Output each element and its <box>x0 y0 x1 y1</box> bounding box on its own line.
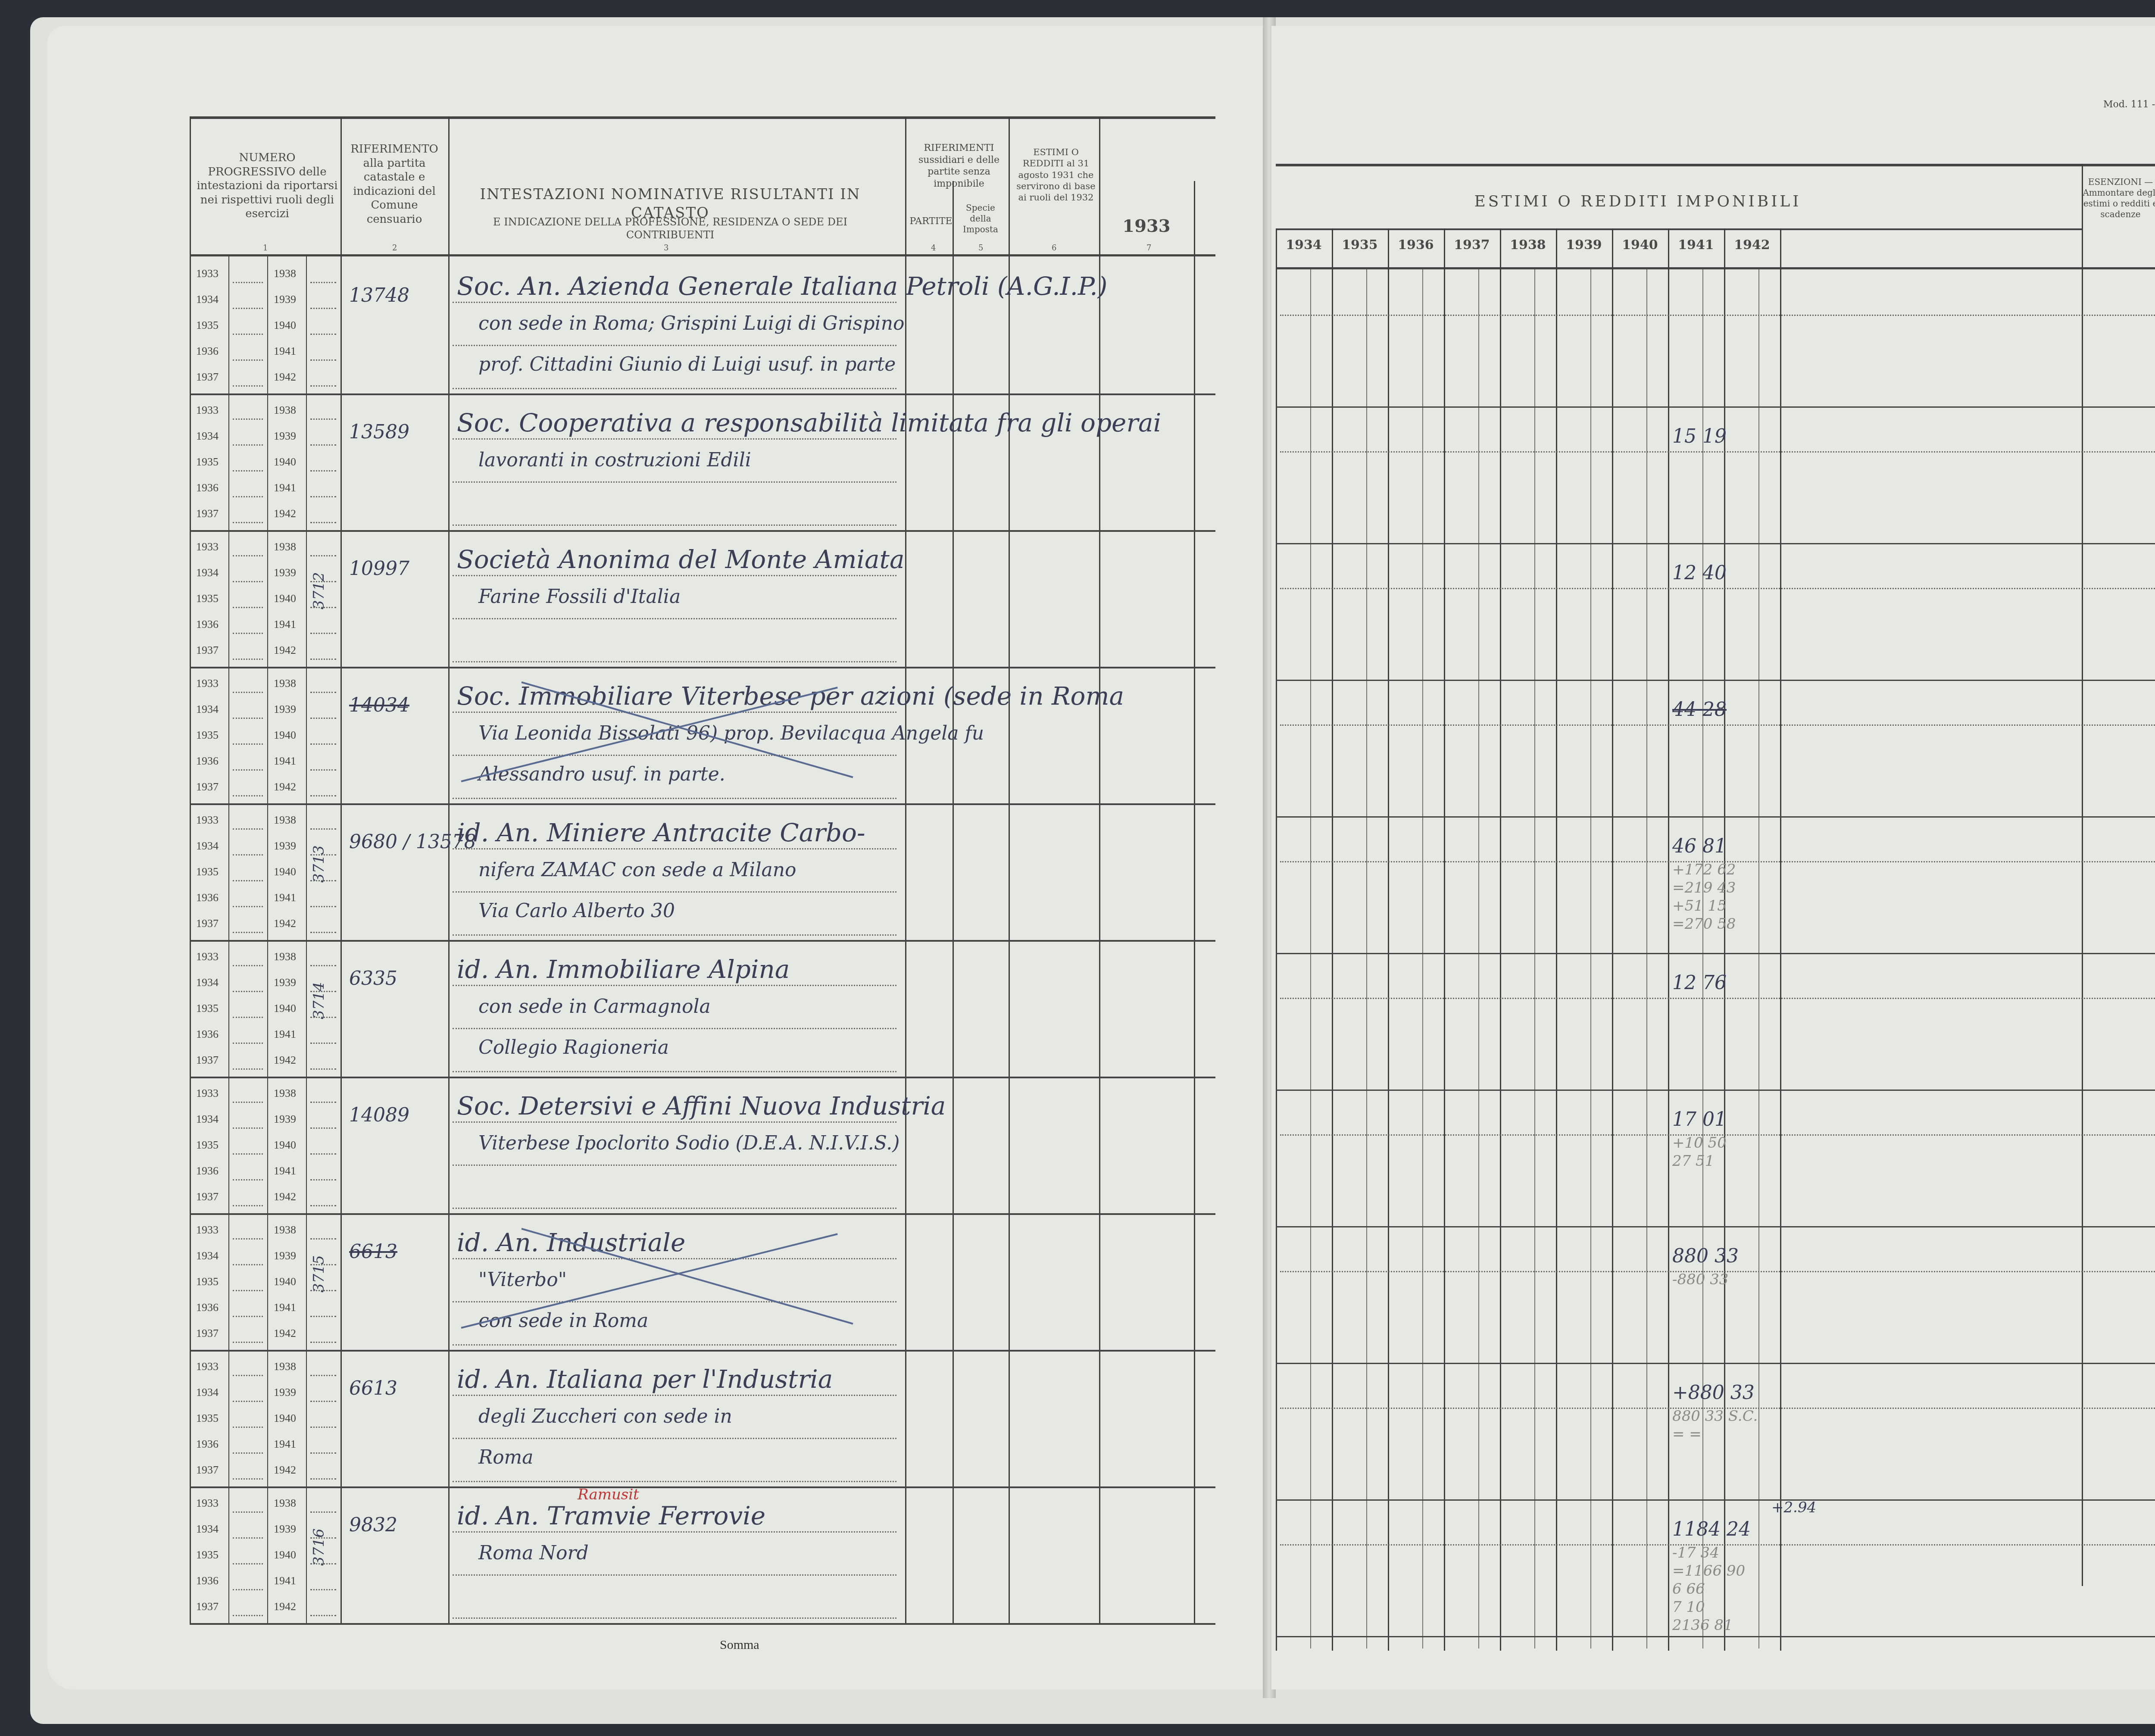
dotted-rule <box>310 1179 336 1180</box>
year-cell: 1937 <box>196 781 219 793</box>
row-separator <box>1276 1226 2155 1227</box>
dotted-rule <box>233 1589 263 1590</box>
dotted-rule <box>233 880 263 881</box>
col-subdivider <box>1422 269 1423 1649</box>
dotted-rule <box>310 1043 336 1044</box>
dotted-rule <box>233 1179 263 1180</box>
dotted-rule <box>453 985 896 986</box>
dotted-rule <box>233 1127 263 1129</box>
dotted-rule <box>453 302 896 303</box>
year-cell: 1936 <box>196 891 219 904</box>
year-cell: 1940 <box>274 1002 296 1015</box>
entry-line: Soc. An. Azienda Generale Italiana Petro… <box>457 272 1107 301</box>
dotted-rule <box>1280 588 2155 589</box>
dotted-rule <box>233 1511 263 1513</box>
header-riferimenti: RIFERIMENTI sussidiari e delle partite s… <box>909 142 1009 190</box>
col-divider <box>340 116 342 1625</box>
dotted-rule <box>310 692 336 693</box>
value-1941: 1184 24 <box>1672 1518 1751 1540</box>
col-divider <box>1388 228 1389 1651</box>
col-subdivider <box>1366 269 1367 1649</box>
year-cell: 1936 <box>196 1165 219 1177</box>
year-cell: 1934 <box>196 293 219 306</box>
year-cell: 1934 <box>196 1249 219 1262</box>
year-cell: 1935 <box>196 456 219 468</box>
dotted-rule <box>453 1344 896 1346</box>
dotted-rule <box>233 1205 263 1206</box>
pencil-calc: 880 33 S.C. <box>1672 1408 1758 1425</box>
year-cell: 1936 <box>196 481 219 494</box>
dotted-rule <box>310 1615 336 1616</box>
partita-number: 14089 <box>349 1104 409 1126</box>
year-cell: 1937 <box>196 644 219 657</box>
pencil-calc: =270 58 <box>1672 915 1736 933</box>
dotted-rule <box>233 692 263 693</box>
partita-number: 6335 <box>349 968 397 990</box>
dotted-rule <box>233 1043 263 1044</box>
dotted-rule <box>1280 998 2155 999</box>
dotted-rule <box>233 1427 263 1428</box>
year-cell: 1938 <box>274 267 296 280</box>
year-cell: 1942 <box>274 1464 296 1477</box>
pencil-calc: +51 15 <box>1672 897 1727 915</box>
year-cell: 1941 <box>274 618 296 631</box>
dotted-rule <box>453 1395 896 1396</box>
pencil-calc: 27 51 <box>1672 1152 1714 1170</box>
year-header-1942: 1942 <box>1724 237 1780 253</box>
col-divider <box>1009 116 1010 1625</box>
value-1941: 17 01 <box>1672 1108 1727 1130</box>
pencil-calc: 2136 81 <box>1672 1617 1733 1634</box>
dotted-rule <box>1280 315 2155 316</box>
year-cell: 1937 <box>196 1054 219 1067</box>
year-cell: 1942 <box>274 1054 296 1067</box>
year-cell: 1941 <box>274 1574 296 1587</box>
value-1941: 12 76 <box>1672 972 1727 994</box>
dotted-rule <box>310 718 336 719</box>
year-cell: 1933 <box>196 1497 219 1510</box>
header-intestazioni-sub: E INDICAZIONE DELLA PROFESSIONE, RESIDEN… <box>453 215 888 241</box>
year-cell: 1940 <box>274 1549 296 1561</box>
year-cell: 1937 <box>196 1327 219 1340</box>
row-separator <box>190 1486 1215 1488</box>
year-cell: 1935 <box>196 1275 219 1288</box>
entry-line: id. An. Italiana per l'Industria <box>457 1364 833 1394</box>
dotted-rule <box>310 1342 336 1343</box>
dotted-rule <box>310 633 336 634</box>
right-page: Mod. 111 - Imposte Dirette (Intercalare)… <box>1271 26 2155 1689</box>
year-cell: 1942 <box>274 507 296 520</box>
dotted-rule <box>310 1511 336 1513</box>
dotted-rule <box>453 345 896 346</box>
year-cell: 1934 <box>196 1113 219 1126</box>
year-cell: 1938 <box>274 1224 296 1236</box>
dotted-rule <box>310 1127 336 1129</box>
row-separator <box>1276 1363 2155 1364</box>
dotted-rule <box>453 1301 896 1302</box>
header-numero-progressivo: NUMERO PROGRESSIVO delle intestazioni da… <box>194 151 340 221</box>
value-1941: +880 33 <box>1672 1382 1755 1404</box>
col-divider <box>1500 228 1501 1651</box>
dotted-rule <box>310 659 336 660</box>
entry-line: id. An. Tramvie Ferrovie <box>457 1501 765 1530</box>
year-cell: 1935 <box>196 319 219 332</box>
dotted-rule <box>233 743 263 745</box>
dotted-rule <box>233 496 263 497</box>
col-divider <box>1332 228 1333 1651</box>
partita-number: 13748 <box>349 284 409 306</box>
dotted-rule <box>310 906 336 907</box>
dotted-rule <box>453 1574 896 1576</box>
col-divider <box>1668 228 1669 1651</box>
year-cell: 1936 <box>196 1438 219 1451</box>
year-cell: 1934 <box>196 703 219 716</box>
year-cell: 1935 <box>196 1549 219 1561</box>
dotted-rule <box>233 1017 263 1018</box>
year-cell: 1942 <box>274 917 296 930</box>
dotted-rule <box>453 575 896 576</box>
entry-line: prof. Cittadini Giunio di Luigi usuf. in… <box>478 353 896 375</box>
side-reference: 3713 <box>310 845 328 883</box>
pencil-calc: 6 66 <box>1672 1580 1705 1598</box>
year-cell: 1942 <box>274 1190 296 1203</box>
year-cell: 1938 <box>274 540 296 553</box>
year-cell: 1940 <box>274 592 296 605</box>
left-page: NUMERO PROGRESSIVO delle intestazioni da… <box>47 26 1263 1689</box>
year-cell: 1934 <box>196 1523 219 1536</box>
year-cell: 1941 <box>274 1028 296 1041</box>
entry-line: Roma Nord <box>478 1542 589 1564</box>
dotted-rule <box>233 1238 263 1240</box>
dotted-rule <box>233 1290 263 1291</box>
dotted-rule <box>453 1208 896 1209</box>
year-cell: 1936 <box>196 1028 219 1041</box>
year-cell: 1941 <box>274 1165 296 1177</box>
row-separator <box>1276 1499 2155 1501</box>
year-header-1934: 1934 <box>1276 237 1332 253</box>
year-cell: 1941 <box>274 755 296 768</box>
dotted-rule <box>233 991 263 992</box>
dotted-rule <box>233 1068 263 1070</box>
dotted-rule <box>453 481 896 483</box>
year-cell: 1935 <box>196 1412 219 1425</box>
dotted-rule <box>453 1617 896 1619</box>
year-cell: 1936 <box>196 1301 219 1314</box>
year-cell: 1937 <box>196 1600 219 1613</box>
header-top-rule <box>1276 164 2155 166</box>
pencil-calc: =219 43 <box>1672 879 1736 896</box>
dotted-rule <box>310 385 336 387</box>
year-cell: 1933 <box>196 1360 219 1373</box>
pencil-calc: -17 34 <box>1672 1544 1719 1561</box>
year-cell: 1933 <box>196 540 219 553</box>
value-1941: 46 81 <box>1672 835 1727 857</box>
form-label: Mod. 111 - Imposte Dirette (Intercalare) <box>2103 99 2155 110</box>
dotted-rule <box>233 769 263 771</box>
year-cell: 1936 <box>196 755 219 768</box>
header-mid-rule <box>1276 228 2082 230</box>
year-cell: 1941 <box>274 345 296 358</box>
year-cell: 1939 <box>274 1113 296 1126</box>
year-header-1936: 1936 <box>1388 237 1444 253</box>
year-cell: 1938 <box>274 814 296 827</box>
year-header-1941: 1941 <box>1668 237 1724 253</box>
dotted-rule <box>453 618 896 619</box>
value-1941: 12 40 <box>1672 562 1727 584</box>
dotted-rule <box>1280 724 2155 726</box>
year-cell: 1934 <box>196 976 219 989</box>
year-cell: 1941 <box>274 481 296 494</box>
row-separator <box>1276 1090 2155 1091</box>
year-cell: 1933 <box>196 1224 219 1236</box>
entry-line: Via Leonida Bissolati 96) prop. Bevilacq… <box>478 722 984 744</box>
dotted-rule <box>233 1102 263 1103</box>
dotted-rule <box>453 934 896 936</box>
dotted-rule <box>233 1401 263 1402</box>
dotted-rule <box>310 282 336 283</box>
dotted-rule <box>233 1563 263 1564</box>
dotted-rule <box>453 798 896 799</box>
dotted-rule <box>233 1264 263 1265</box>
year-cell: 1940 <box>274 1275 296 1288</box>
year-cell: 1939 <box>274 293 296 306</box>
col-number-4: 4 <box>931 244 936 253</box>
col-number-7: 7 <box>1146 244 1151 253</box>
dotted-rule <box>233 1153 263 1155</box>
dotted-rule <box>453 438 896 440</box>
dotted-rule <box>453 891 896 893</box>
row-separator <box>190 1623 1215 1625</box>
pencil-calc: +10 50 <box>1672 1134 1727 1152</box>
entry-line: con sede in Roma <box>478 1310 648 1332</box>
year-header-1940: 1940 <box>1612 237 1668 253</box>
year-cell: 1939 <box>274 1523 296 1536</box>
dotted-rule <box>310 1316 336 1317</box>
header-top-rule <box>190 116 1215 119</box>
header-specie: Specie della Imposta <box>957 203 1004 235</box>
year-cell: 1939 <box>274 1386 296 1399</box>
dotted-rule <box>233 1375 263 1376</box>
dotted-rule <box>233 418 263 420</box>
partita-number: 10997 <box>349 558 409 580</box>
dotted-rule <box>233 444 263 446</box>
dotted-rule <box>233 308 263 309</box>
dotted-rule <box>310 795 336 796</box>
year-cell: 1941 <box>274 891 296 904</box>
side-reference: 3714 <box>310 982 328 1019</box>
dotted-rule <box>310 308 336 309</box>
header-estimi-1931: ESTIMI O REDDITI al 31 agosto 1931 che s… <box>1013 147 1099 203</box>
year-cell: 1933 <box>196 950 219 963</box>
year-cell: 1937 <box>196 917 219 930</box>
dotted-rule <box>233 965 263 966</box>
col-divider <box>1556 228 1557 1651</box>
year-cell: 1939 <box>274 430 296 443</box>
year-cell: 1935 <box>196 729 219 742</box>
year-cell: 1939 <box>274 840 296 852</box>
header-esenzioni: ESENZIONI — Ammontare degli estimi o red… <box>2082 177 2155 220</box>
year-cell: 1936 <box>196 345 219 358</box>
header-year-1933: 1933 <box>1103 215 1190 237</box>
year-cell: 1937 <box>196 1190 219 1203</box>
entry-line: con sede in Roma; Grispini Luigi di Gris… <box>478 312 905 334</box>
year-cell: 1941 <box>274 1301 296 1314</box>
col-subdivider <box>1702 269 1703 1649</box>
dotted-rule <box>310 1401 336 1402</box>
year-cell: 1942 <box>274 1327 296 1340</box>
dotted-rule <box>233 470 263 471</box>
dotted-rule <box>310 932 336 933</box>
year-cell: 1935 <box>196 1002 219 1015</box>
dotted-rule <box>310 555 336 556</box>
year-cell: 1938 <box>274 404 296 417</box>
pencil-calc: 7 10 <box>1672 1599 1705 1616</box>
col-number-6: 6 <box>1052 244 1056 253</box>
dotted-rule <box>310 1452 336 1454</box>
year-cell: 1938 <box>274 1497 296 1510</box>
year-cell: 1939 <box>274 1249 296 1262</box>
dotted-rule <box>453 1481 896 1482</box>
year-cell: 1934 <box>196 566 219 579</box>
col-number-1: 1 <box>263 244 268 253</box>
pencil-calc: -880 33 <box>1672 1271 1728 1288</box>
entry-line: Viterbese Ipoclorito Sodio (D.E.A. N.I.V… <box>478 1132 899 1154</box>
row-separator <box>1276 953 2155 954</box>
dotted-rule <box>310 769 336 771</box>
col-subdivider <box>1590 269 1591 1649</box>
dotted-rule <box>453 1258 896 1259</box>
dotted-rule <box>233 633 263 634</box>
year-cell: 1942 <box>274 1600 296 1613</box>
year-cell: 1940 <box>274 319 296 332</box>
entry-line: "Viterbo" <box>478 1269 567 1291</box>
side-adjustment: +2.94 <box>1771 1499 1816 1516</box>
dotted-rule <box>453 388 896 389</box>
year-cell: 1939 <box>274 566 296 579</box>
col-number-5: 5 <box>978 244 983 253</box>
header-bottom-rule <box>190 254 1215 256</box>
dotted-rule <box>233 718 263 719</box>
col-divider <box>1444 228 1445 1651</box>
col-subdivider <box>1758 269 1759 1649</box>
year-header-1939: 1939 <box>1556 237 1612 253</box>
year-cell: 1934 <box>196 1386 219 1399</box>
year-cell: 1941 <box>274 1438 296 1451</box>
dotted-rule <box>310 470 336 471</box>
partita-number: 6613 <box>349 1241 397 1263</box>
col-border <box>190 116 191 1625</box>
year-cell: 1942 <box>274 644 296 657</box>
dotted-rule <box>310 444 336 446</box>
dotted-rule <box>233 659 263 660</box>
dotted-rule <box>310 1478 336 1480</box>
entry-line: Soc. Cooperativa a responsabilità limita… <box>457 408 1161 437</box>
dotted-rule <box>453 712 896 713</box>
dotted-rule <box>453 1028 896 1029</box>
year-cell: 1933 <box>196 814 219 827</box>
dotted-rule <box>453 755 896 756</box>
side-reference: 3712 <box>310 572 328 609</box>
dotted-rule <box>233 359 263 361</box>
dotted-rule <box>233 282 263 283</box>
year-cell: 1935 <box>196 1139 219 1152</box>
value-1941: 15 19 <box>1672 425 1727 447</box>
value-1941: 44 28 <box>1672 699 1727 721</box>
col-divider <box>1780 228 1781 1651</box>
row-separator <box>190 393 1215 395</box>
year-cell: 1934 <box>196 430 219 443</box>
dotted-rule <box>233 906 263 907</box>
entry-line: Soc. Detersivi e Affini Nuova Industria <box>457 1091 946 1121</box>
value-1941: 880 33 <box>1672 1245 1739 1267</box>
year-cell: 1936 <box>196 1574 219 1587</box>
entry-line: Via Carlo Alberto 30 <box>478 900 675 922</box>
dotted-rule <box>310 496 336 497</box>
col-divider <box>905 116 906 1625</box>
row-separator <box>190 803 1215 805</box>
entry-line: id. An. Miniere Antracite Carbo- <box>457 818 865 847</box>
dotted-rule <box>233 1615 263 1616</box>
dotted-rule <box>310 359 336 361</box>
dotted-rule <box>233 607 263 608</box>
header-bottom-rule <box>1276 267 2155 269</box>
dotted-rule <box>453 848 896 849</box>
side-reference: 3716 <box>310 1528 328 1566</box>
entry-line: Società Anonima del Monte Amiata <box>457 545 904 574</box>
dotted-rule <box>310 1375 336 1376</box>
dotted-rule <box>233 385 263 387</box>
dotted-rule <box>233 1342 263 1343</box>
dotted-rule <box>310 743 336 745</box>
col-divider <box>953 181 954 1625</box>
col-subdivider <box>1478 269 1479 1649</box>
year-cell: 1935 <box>196 865 219 878</box>
col-divider <box>2082 164 2083 1586</box>
year-cell: 1938 <box>274 1087 296 1100</box>
row-separator <box>190 940 1215 942</box>
dotted-rule <box>233 1537 263 1539</box>
year-cell: 1937 <box>196 507 219 520</box>
year-cell: 1942 <box>274 781 296 793</box>
year-cell: 1940 <box>274 1412 296 1425</box>
entry-line: Farine Fossili d'Italia <box>478 586 681 608</box>
col-number-2: 2 <box>392 244 397 253</box>
row-separator <box>1276 680 2155 681</box>
row-separator <box>190 1213 1215 1215</box>
dotted-rule <box>233 932 263 933</box>
pencil-calc: = = <box>1672 1426 1702 1443</box>
partita-number: 14034 <box>349 694 409 716</box>
year-cell: 1940 <box>274 729 296 742</box>
header-partite: PARTITE <box>909 215 953 228</box>
pencil-calc: =1166 90 <box>1672 1562 1745 1580</box>
dotted-rule <box>310 1427 336 1428</box>
row-separator <box>1276 1636 2155 1637</box>
year-cell: 1936 <box>196 618 219 631</box>
dotted-rule <box>310 522 336 523</box>
entry-line: degli Zuccheri con sede in <box>478 1405 732 1427</box>
dotted-rule <box>233 828 263 830</box>
dotted-rule <box>453 1165 896 1166</box>
row-separator <box>190 667 1215 668</box>
dotted-rule <box>310 418 336 420</box>
dotted-rule <box>233 1452 263 1454</box>
col-divider <box>1276 228 1277 1651</box>
entry-line: nifera ZAMAC con sede a Milano <box>478 859 796 881</box>
dotted-rule <box>233 334 263 335</box>
year-cell: 1935 <box>196 592 219 605</box>
dotted-rule <box>310 1205 336 1206</box>
